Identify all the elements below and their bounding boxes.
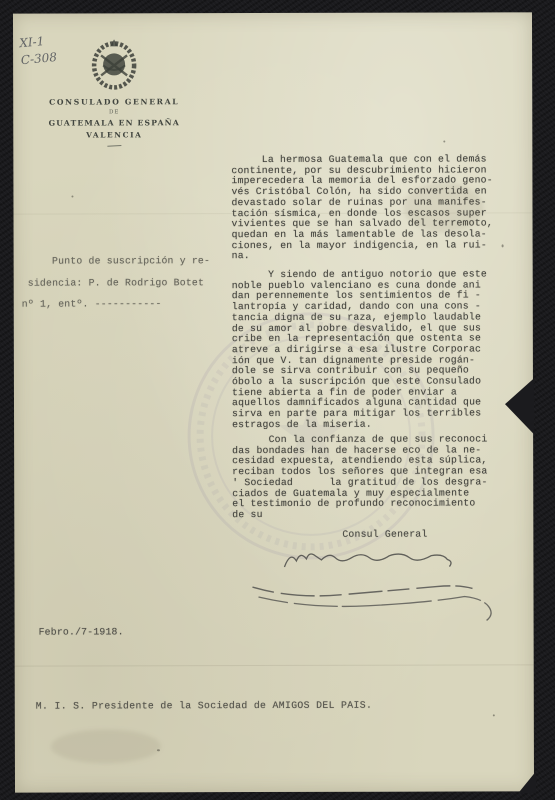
text-line: na. (232, 251, 518, 262)
paper-speck (502, 244, 504, 247)
paper-corner-cut (518, 771, 536, 793)
letterhead-line4: VALENCIA (24, 130, 204, 139)
letterhead-line1: CONSULADO GENERAL (24, 97, 204, 106)
paper-speck (443, 141, 445, 143)
handwritten-signature (244, 540, 516, 627)
letterhead-line2: DE (24, 109, 204, 115)
text-line: estragos de la miseria. (232, 419, 518, 430)
margin-note: Punto de suscripción y re- sidencia: P. … (22, 250, 211, 315)
paragraph-3: Con la confianza de que sus reconocidas … (232, 434, 518, 520)
guatemala-coat-of-arms-icon (87, 35, 141, 91)
paragraph-2: Y siendo de antiguo notorio que estenobl… (232, 269, 518, 430)
letterhead-flourish (107, 143, 121, 147)
text-line: el testimonio de profundo reconocimiento (232, 499, 518, 510)
letter-paper: XI-1 C-308 CONSULADO GENERAL DE GUATEMAL… (13, 12, 534, 792)
paper-smudge (51, 729, 161, 763)
paper-speck (493, 714, 495, 716)
paper-smudge (403, 182, 483, 232)
paper-crease (15, 664, 534, 666)
text-line: de su (232, 509, 518, 520)
text-line: Punto de suscripción y re- (22, 250, 211, 272)
letterhead: CONSULADO GENERAL DE GUATEMALA EN ESPAÑA… (24, 35, 204, 146)
text-line: ciones, en la mayor indigencia, en la ru… (232, 240, 518, 251)
paper-speck (71, 196, 73, 198)
date-line: Febro./7-1918. (39, 627, 124, 638)
addressee-line: M. I. S. Presidente de la Sociedad de AM… (36, 701, 372, 713)
letterhead-line3: GUATEMALA EN ESPAÑA (24, 118, 204, 127)
text-line: nº 1, entº. ----------- (22, 293, 211, 315)
text-line: sidencia: P. de Rodrigo Botet (22, 272, 211, 294)
scan-background: XI-1 C-308 CONSULADO GENERAL DE GUATEMAL… (0, 0, 555, 800)
closing-title: Consul General (342, 530, 427, 541)
